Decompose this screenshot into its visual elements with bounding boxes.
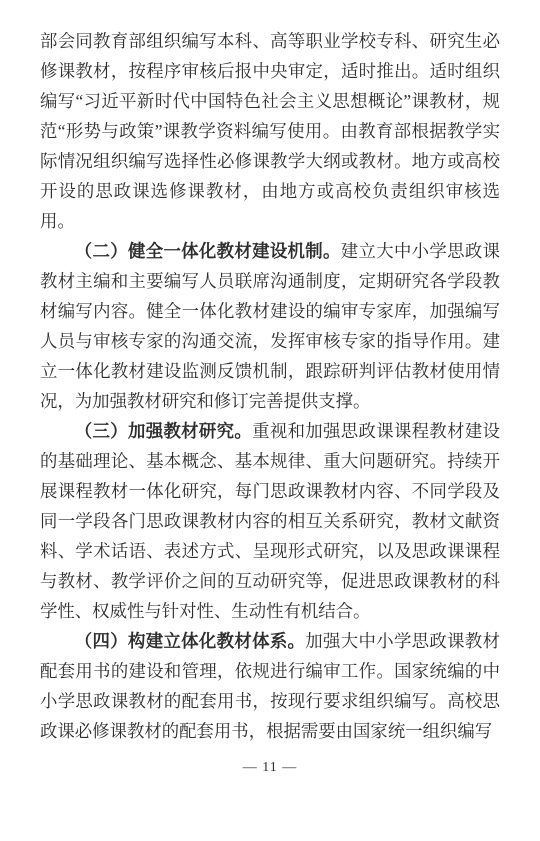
paragraph-text: 部会同教育部组织编写本科、高等职业学校专科、研究生必修课教材，按程序审核后报中央… [40, 31, 500, 231]
paragraph-heading: （四）构建立体化教材体系。 [75, 631, 306, 651]
paragraph-heading: （二）健全一体化教材建设机制。 [75, 241, 341, 261]
paragraph: 部会同教育部组织编写本科、高等职业学校专科、研究生必修课教材，按程序审核后报中央… [40, 26, 500, 236]
paragraph-heading: （三）加强教材研究。 [75, 421, 252, 441]
document-page: 部会同教育部组织编写本科、高等职业学校专科、研究生必修课教材，按程序审核后报中央… [0, 0, 540, 841]
document-body: 部会同教育部组织编写本科、高等职业学校专科、研究生必修课教材，按程序审核后报中央… [40, 26, 500, 746]
paragraph-text: 重视和加强思政课课程教材建设的基础理论、基本概念、基本规律、重大问题研究。持续开… [40, 421, 500, 621]
paragraph-text: 建立大中小学思政课教材主编和主要编写人员联席沟通制度，定期研究各学段教材编写内容… [40, 241, 500, 411]
paragraph: （三）加强教材研究。重视和加强思政课课程教材建设的基础理论、基本概念、基本规律、… [40, 416, 500, 626]
page-number: — 11 — [0, 758, 540, 778]
paragraph: （二）健全一体化教材建设机制。建立大中小学思政课教材主编和主要编写人员联席沟通制… [40, 236, 500, 416]
paragraph: （四）构建立体化教材体系。加强大中小学思政课教材配套用书的建设和管理，依规进行编… [40, 626, 500, 746]
